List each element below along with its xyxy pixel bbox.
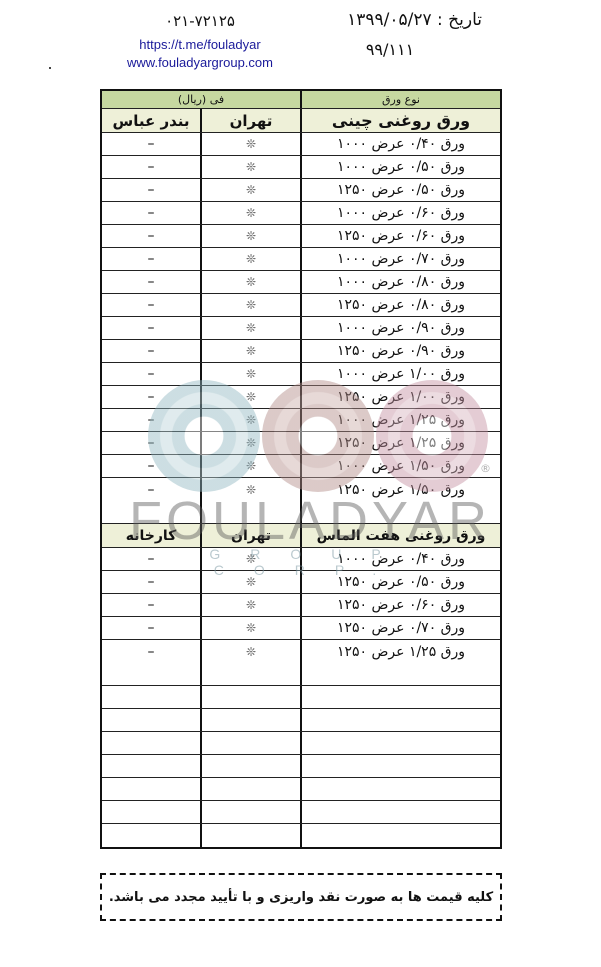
price-other: – <box>148 435 155 451</box>
item-description: ورق ۰/۷۰ عرض ۱۲۵۰ <box>337 620 465 636</box>
price-tehran: ❊ <box>246 413 256 427</box>
price-other: – <box>148 597 155 613</box>
price-tehran: ❊ <box>246 483 256 497</box>
website-link[interactable]: www.fouladyargroup.com <box>100 55 300 70</box>
item-description: ورق ۰/۴۰ عرض ۱۰۰۰ <box>337 136 465 152</box>
table-row-empty <box>102 801 500 824</box>
price-other: – <box>148 274 155 290</box>
item-description: ورق ۱/۵۰ عرض ۱۲۵۰ <box>337 482 465 498</box>
price-tehran: ❊ <box>246 436 256 450</box>
column-header-bandar-abbas: بندر عباس <box>102 109 200 132</box>
table-row: ورق ۱/۲۵ عرض ۱۲۵۰❊– <box>102 432 500 455</box>
item-description: ورق ۱/۵۰ عرض ۱۰۰۰ <box>337 458 465 474</box>
price-other: – <box>148 482 155 498</box>
item-description: ورق ۰/۹۰ عرض ۱۲۵۰ <box>337 343 465 359</box>
table-row-empty <box>102 663 500 686</box>
item-description: ورق ۱/۲۵ عرض ۱۲۵۰ <box>337 435 465 451</box>
table-row: ورق ۰/۷۰ عرض ۱۰۰۰❊– <box>102 248 500 271</box>
table-row: ورق ۱/۵۰ عرض ۱۰۰۰❊– <box>102 455 500 478</box>
table-row: ورق ۱/۲۵ عرض ۱۲۵۰❊– <box>102 640 500 663</box>
table-row-empty <box>102 778 500 801</box>
item-description: ورق ۰/۶۰ عرض ۱۰۰۰ <box>337 205 465 221</box>
item-description: ورق ۱/۰۰ عرض ۱۲۵۰ <box>337 389 465 405</box>
section-title: ورق روغنی هفت الماس <box>300 524 500 547</box>
item-description: ورق ۰/۴۰ عرض ۱۰۰۰ <box>337 551 465 567</box>
price-other: – <box>148 620 155 636</box>
date-label: تاریخ : ۱۳۹۹/۰۵/۲۷ <box>322 10 482 30</box>
phone-number: ۰۲۱-۷۲۱۲۵ <box>120 12 280 30</box>
price-other: – <box>148 159 155 175</box>
item-description: ورق ۰/۷۰ عرض ۱۰۰۰ <box>337 251 465 267</box>
table-row-empty <box>102 732 500 755</box>
table-row: ورق ۰/۴۰ عرض ۱۰۰۰❊– <box>102 133 500 156</box>
price-other: – <box>148 412 155 428</box>
section-chinese-rows: ورق ۰/۴۰ عرض ۱۰۰۰❊–ورق ۰/۵۰ عرض ۱۰۰۰❊–ور… <box>102 133 500 501</box>
price-other: – <box>148 205 155 221</box>
price-other: – <box>148 182 155 198</box>
price-other: – <box>148 389 155 405</box>
table-row: ورق ۰/۵۰ عرض ۱۰۰۰❊– <box>102 156 500 179</box>
price-other: – <box>148 458 155 474</box>
price-other: – <box>148 228 155 244</box>
item-description: ورق ۱/۰۰ عرض ۱۰۰۰ <box>337 366 465 382</box>
price-tehran: ❊ <box>246 275 256 289</box>
item-description: ورق ۱/۲۵ عرض ۱۰۰۰ <box>337 412 465 428</box>
price-other: – <box>148 366 155 382</box>
table-group-header: نوع ورق فی (ریال) <box>102 91 500 109</box>
table-row: ورق ۰/۶۰ عرض ۱۲۵۰❊– <box>102 225 500 248</box>
table-row: ورق ۰/۹۰ عرض ۱۰۰۰❊– <box>102 317 500 340</box>
empty-rows <box>102 663 500 847</box>
price-other: – <box>148 251 155 267</box>
table-row-empty <box>102 824 500 847</box>
price-tehran: ❊ <box>246 160 256 174</box>
table-row-empty <box>102 709 500 732</box>
price-tehran: ❊ <box>246 206 256 220</box>
table-row: ورق ۰/۴۰ عرض ۱۰۰۰❊– <box>102 548 500 571</box>
telegram-link[interactable]: https://t.me/fouladyar <box>100 37 300 52</box>
column-header-tehran: تهران <box>200 109 300 132</box>
price-table: نوع ورق فی (ریال) ورق روغنی چینی تهران ب… <box>100 89 502 849</box>
item-description: ورق ۰/۵۰ عرض ۱۰۰۰ <box>337 159 465 175</box>
table-row: ورق ۱/۰۰ عرض ۱۲۵۰❊– <box>102 386 500 409</box>
price-tehran: ❊ <box>246 298 256 312</box>
item-description: ورق ۰/۸۰ عرض ۱۰۰۰ <box>337 274 465 290</box>
item-description: ورق ۰/۸۰ عرض ۱۲۵۰ <box>337 297 465 313</box>
price-tehran: ❊ <box>246 252 256 266</box>
table-row-empty <box>102 686 500 709</box>
price-tehran: ❊ <box>246 459 256 473</box>
table-row: ورق ۱/۰۰ عرض ۱۰۰۰❊– <box>102 363 500 386</box>
section-title: ورق روغنی چینی <box>300 109 500 132</box>
price-tehran: ❊ <box>246 575 256 589</box>
price-other: – <box>148 644 155 660</box>
price-other: – <box>148 574 155 590</box>
section-header-haft-almas: ورق روغنی هفت الماس تهران کارخانه <box>102 524 500 548</box>
price-tehran: ❊ <box>246 645 256 659</box>
table-row: ورق ۰/۸۰ عرض ۱۲۵۰❊– <box>102 294 500 317</box>
table-row: ورق ۰/۵۰ عرض ۱۲۵۰❊– <box>102 179 500 202</box>
price-other: – <box>148 136 155 152</box>
item-description: ورق ۰/۹۰ عرض ۱۰۰۰ <box>337 320 465 336</box>
table-row: ورق ۰/۷۰ عرض ۱۲۵۰❊– <box>102 617 500 640</box>
item-description: ورق ۰/۶۰ عرض ۱۲۵۰ <box>337 228 465 244</box>
document-header: تاریخ : ۱۳۹۹/۰۵/۲۷ ۹۹/۱۱۱ ۰۲۱-۷۲۱۲۵ http… <box>0 0 601 90</box>
table-row: ورق ۰/۸۰ عرض ۱۰۰۰❊– <box>102 271 500 294</box>
section-header-chinese: ورق روغنی چینی تهران بندر عباس <box>102 109 500 133</box>
item-description: ورق ۰/۵۰ عرض ۱۲۵۰ <box>337 574 465 590</box>
table-row: ورق ۰/۶۰ عرض ۱۲۵۰❊– <box>102 594 500 617</box>
table-row: ورق ۰/۵۰ عرض ۱۲۵۰❊– <box>102 571 500 594</box>
price-tehran: ❊ <box>246 598 256 612</box>
item-description: ورق ۰/۵۰ عرض ۱۲۵۰ <box>337 182 465 198</box>
table-row-empty <box>102 501 500 524</box>
table-row: ورق ۰/۶۰ عرض ۱۰۰۰❊– <box>102 202 500 225</box>
table-row-empty <box>102 755 500 778</box>
price-tehran: ❊ <box>246 229 256 243</box>
price-tehran: ❊ <box>246 390 256 404</box>
price-tehran: ❊ <box>246 321 256 335</box>
column-header-price: فی (ریال) <box>102 91 300 108</box>
price-other: – <box>148 297 155 313</box>
column-header-tehran: تهران <box>200 524 300 547</box>
table-row: ورق ۱/۲۵ عرض ۱۰۰۰❊– <box>102 409 500 432</box>
section-haft-almas-rows: ورق ۰/۴۰ عرض ۱۰۰۰❊–ورق ۰/۵۰ عرض ۱۲۵۰❊–ور… <box>102 548 500 663</box>
column-header-type: نوع ورق <box>300 91 500 108</box>
stray-dot <box>49 67 51 69</box>
table-row: ورق ۰/۹۰ عرض ۱۲۵۰❊– <box>102 340 500 363</box>
column-header-factory: کارخانه <box>102 524 200 547</box>
table-row: ورق ۱/۵۰ عرض ۱۲۵۰❊– <box>102 478 500 501</box>
document-number: ۹۹/۱۱۱ <box>350 40 430 59</box>
price-other: – <box>148 343 155 359</box>
price-other: – <box>148 551 155 567</box>
item-description: ورق ۱/۲۵ عرض ۱۲۵۰ <box>337 644 465 660</box>
price-tehran: ❊ <box>246 137 256 151</box>
price-tehran: ❊ <box>246 344 256 358</box>
price-tehran: ❊ <box>246 552 256 566</box>
price-tehran: ❊ <box>246 183 256 197</box>
price-tehran: ❊ <box>246 621 256 635</box>
footer-note: کلیه قیمت ها به صورت نقد واریزی و با تأی… <box>100 873 502 921</box>
price-other: – <box>148 320 155 336</box>
price-tehran: ❊ <box>246 367 256 381</box>
item-description: ورق ۰/۶۰ عرض ۱۲۵۰ <box>337 597 465 613</box>
